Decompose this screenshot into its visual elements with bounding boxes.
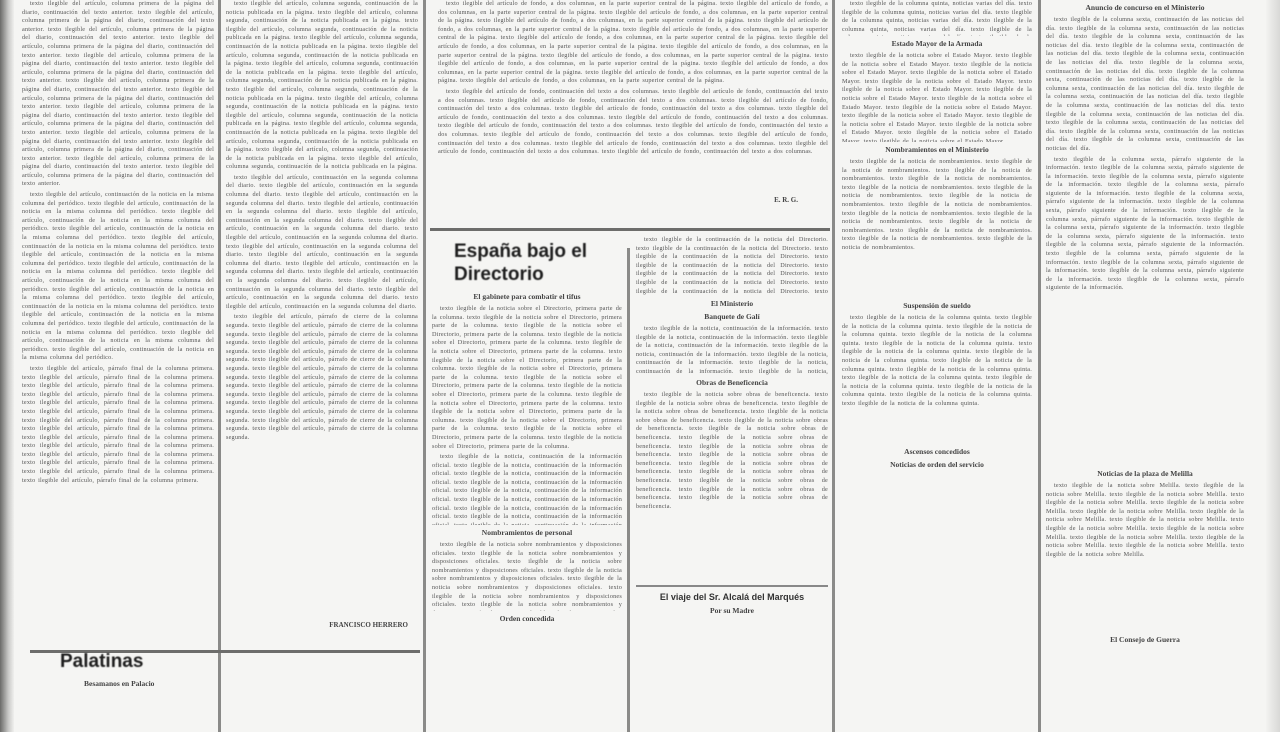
paragraph: texto ilegible de la columna sexta, párr… <box>1046 156 1244 294</box>
article-body: texto ilegible de la noticia sobre el Di… <box>432 305 622 525</box>
subhead: Nombramientos de personal <box>432 528 622 538</box>
column-6: Anuncio de concurso en el Ministerio tex… <box>1046 0 1244 732</box>
article-body: texto ilegible del artículo, columna seg… <box>226 0 418 615</box>
article-body: texto ilegible de la noticia sobre Melil… <box>1046 482 1244 632</box>
paragraph: texto ilegible del artículo de fondo, co… <box>438 88 828 157</box>
article-body: texto ilegible del artículo de fondo, a … <box>438 0 828 190</box>
paragraph: texto ilegible del artículo, continuació… <box>22 191 214 363</box>
subhead: Noticias de orden del servicio <box>842 460 1032 470</box>
paragraph: texto ilegible de la noticia sobre el Di… <box>432 305 622 451</box>
subhead: Nombramientos en el Ministerio <box>842 145 1032 155</box>
column-5: texto ilegible de la columna quinta, not… <box>842 0 1032 732</box>
subhead: Banquete de Galí <box>636 312 828 322</box>
subhead: Besamanos en Palacio <box>84 679 214 689</box>
byline: FRANCISCO HERRERO <box>226 621 408 629</box>
paragraph: texto ilegible de la noticia sobre Melil… <box>1046 482 1244 559</box>
subhead: El Ministerio <box>636 299 828 309</box>
scan-edge-left <box>0 0 14 732</box>
column-4: texto ilegible de la continuación de la … <box>636 236 828 732</box>
headline-espana-bajo-el-directorio: España bajo el Directorio <box>454 240 614 286</box>
article-body: texto ilegible de la noticia de nombrami… <box>842 158 1032 298</box>
top-center-article: texto ilegible del artículo de fondo, a … <box>438 0 828 220</box>
paragraph: texto ilegible de la noticia de nombrami… <box>842 158 1032 253</box>
article-body: texto ilegible de la noticia sobre el Es… <box>842 52 1032 142</box>
subhead: Anuncio de concurso en el Ministerio <box>1046 3 1244 13</box>
article-body: texto ilegible de la continuación de la … <box>636 236 828 296</box>
newspaper-page: texto ilegible del artículo, columna pri… <box>0 0 1280 732</box>
paragraph: texto ilegible de la columna sexta, cont… <box>1046 16 1244 154</box>
subhead: Orden concedida <box>432 614 622 624</box>
paragraph: texto ilegible del artículo, párrafo fin… <box>22 365 214 485</box>
paragraph: texto ilegible de la noticia sobre obras… <box>636 391 828 511</box>
subhead: Ascensos concedidos <box>842 447 1032 457</box>
scan-edge-right <box>1266 0 1280 732</box>
article-body: texto ilegible de la noticia sobre nombr… <box>432 541 622 611</box>
paragraph: texto ilegible del artículo, columna seg… <box>226 0 418 172</box>
column-rule <box>1038 0 1041 732</box>
section-rule <box>430 228 830 231</box>
article-body: texto ilegible del artículo, columna pri… <box>22 0 214 630</box>
paragraph: texto ilegible de la columna quinta, not… <box>842 0 1032 36</box>
article-body: texto ilegible de la noticia sobre obras… <box>636 391 828 581</box>
article-body: texto ilegible de la noticia de la colum… <box>842 314 1032 444</box>
byline: E. R. G. <box>438 196 798 204</box>
column-rule <box>218 0 221 732</box>
headline-el-viaje: El viaje del Sr. Alcalá del Marqués <box>636 585 828 603</box>
paragraph: texto ilegible del artículo, párrafo de … <box>226 313 418 442</box>
subhead: Por su Madre <box>636 606 828 616</box>
subhead: Estado Mayor de la Armada <box>842 39 1032 49</box>
subhead: Suspensión de sueldo <box>842 301 1032 311</box>
column-1: texto ilegible del artículo, columna pri… <box>22 0 214 732</box>
column-rule <box>832 0 835 732</box>
paragraph: texto ilegible de la continuación de la … <box>636 236 828 296</box>
paragraph: texto ilegible del artículo de fondo, a … <box>438 0 828 86</box>
article-body: texto ilegible de la columna quinta, not… <box>842 0 1032 36</box>
subhead: Obras de Beneficencia <box>636 378 828 388</box>
headline-palatinas: Palatinas <box>60 650 214 673</box>
column-rule <box>627 248 630 732</box>
subhead: El gabinete para combatir el tifus <box>432 292 622 302</box>
paragraph: texto ilegible del artículo, continuació… <box>226 174 418 312</box>
subhead: Noticias de la plaza de Melilla <box>1046 469 1244 479</box>
column-2: texto ilegible del artículo, columna seg… <box>226 0 418 732</box>
column-3: España bajo el Directorio El gabinete pa… <box>432 236 622 732</box>
paragraph: texto ilegible de la noticia, continuaci… <box>636 325 828 375</box>
article-body: texto ilegible de la noticia, continuaci… <box>636 325 828 375</box>
paragraph: texto ilegible de la noticia sobre nombr… <box>432 541 622 611</box>
column-rule <box>423 0 426 732</box>
subhead: El Consejo de Guerra <box>1046 635 1244 645</box>
paragraph: texto ilegible de la noticia sobre el Es… <box>842 52 1032 142</box>
article-body: texto ilegible de la columna sexta, cont… <box>1046 16 1244 466</box>
paragraph: texto ilegible de la noticia de la colum… <box>842 314 1032 409</box>
paragraph: texto ilegible del artículo, columna pri… <box>22 0 214 189</box>
paragraph: texto ilegible de la noticia, continuaci… <box>432 453 622 525</box>
